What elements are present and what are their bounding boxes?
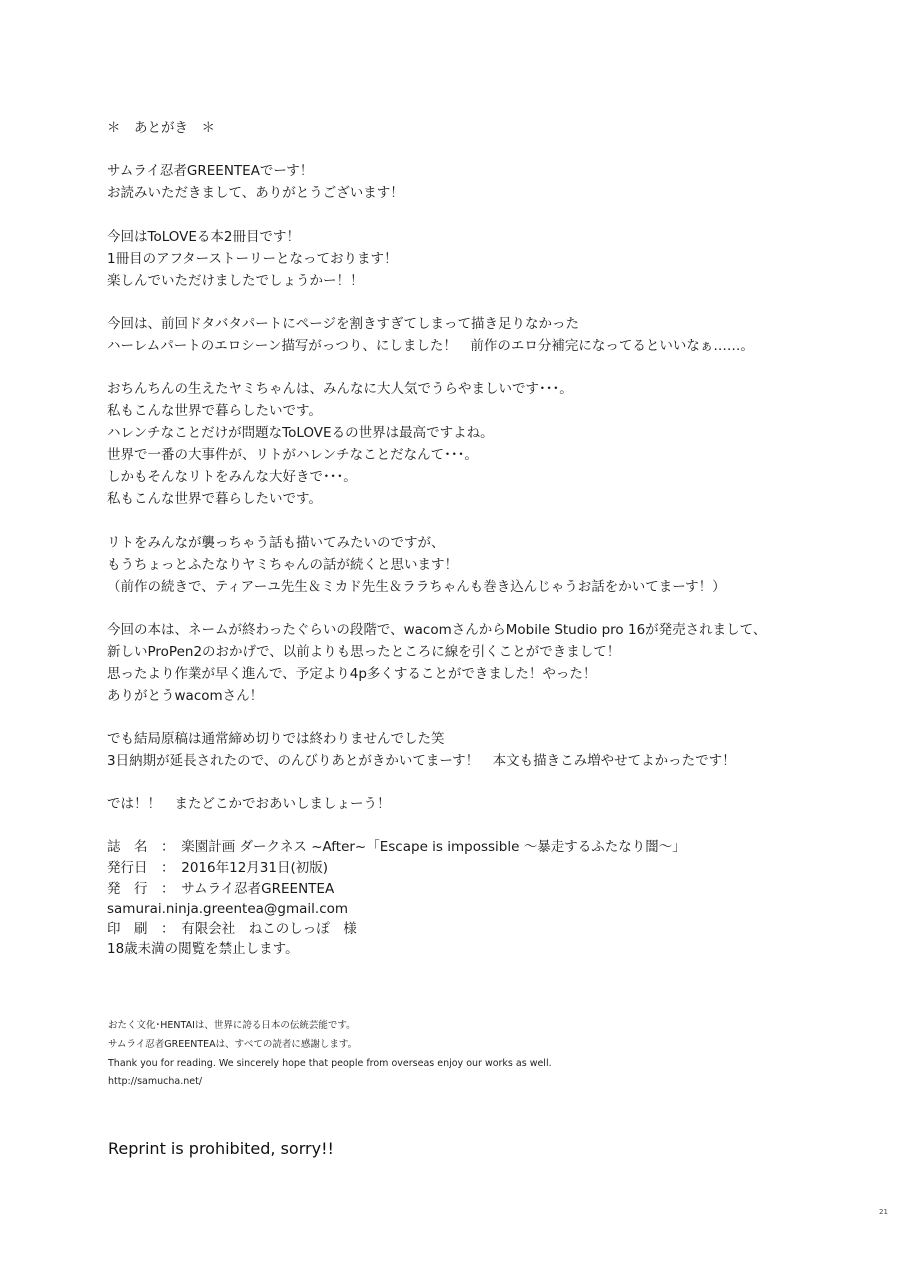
colophon-date: 発行日 ： 2016年12月31日(初版)	[107, 859, 328, 877]
text-line: 世界で一番の大事件が、リトがハレンチなことだなんて･･･。	[107, 446, 478, 464]
text-line: 1冊目のアフターストーリーとなっております！	[107, 250, 397, 268]
text-line: では！！ またどこかでおあいしましょーう！	[107, 795, 391, 813]
text-line: 今回はToLOVEる本2冊目です！	[107, 228, 300, 246]
text-line: 思ったより作業が早く進んで、予定より4p多くすることができました！やった！	[107, 665, 596, 683]
text-line: 私もこんな世界で暮らしたいです。	[107, 490, 322, 508]
text-line: でも結局原稿は通常締め切りでは終わりませんでした笑	[107, 730, 445, 748]
colophon-title: 誌 名 ： 楽園計画 ダークネス ~After~「Escape is impos…	[107, 838, 686, 856]
text-line: 楽しんでいただけましたでしょうかー！！	[107, 272, 364, 290]
text-line: 私もこんな世界で暮らしたいです。	[107, 402, 322, 420]
text-line: サムライ忍者GREENTEAでーす！	[107, 162, 313, 180]
footer-note: おたく文化･HENTAIは、世界に誇る日本の伝統芸能です。	[108, 1019, 356, 1033]
page-number: 21	[879, 1208, 888, 1216]
footer-note: Thank you for reading. We sincerely hope…	[108, 1057, 552, 1071]
reprint-notice: Reprint is prohibited, sorry!!	[108, 1139, 334, 1159]
colophon-email: samurai.ninja.greentea@gmail.com	[107, 900, 348, 918]
colophon-age-notice: 18歳未満の閲覧を禁止します。	[107, 940, 299, 958]
text-line: おちんちんの生えたヤミちゃんは、みんなに大人気でうらやましいです･･･。	[107, 380, 573, 398]
text-line: もうちょっとふたなりヤミちゃんの話が続くと思います！	[107, 556, 458, 574]
text-line: ハレンチなことだけが問題なToLOVEるの世界は最高ですよね。	[107, 424, 494, 442]
text-line: リトをみんなが襲っちゃう話も描いてみたいのですが、	[107, 534, 445, 552]
afterword-heading: ＊ あとがき ＊	[107, 119, 215, 137]
text-line: 新しいProPen2のおかげで、以前よりも思ったところに線を引くことができまして…	[107, 643, 620, 661]
text-line: 今回は、前回ドタバタパートにページを割きすぎてしまって描き足りなかった	[107, 315, 579, 333]
text-line: 3日納期が延長されたので、のんびりあとがきかいてまーす！ 本文も描きこみ増やせて…	[107, 752, 736, 770]
text-line: （前作の続きで、ティアーユ先生＆ミカド先生＆ララちゃんも巻き込んじゃうお話をかい…	[107, 578, 726, 596]
text-line: ありがとうwacomさん！	[107, 687, 263, 705]
text-line: ハーレムパートのエロシーン描写がっつり、にしました！ 前作のエロ分補完になってる…	[107, 337, 754, 355]
text-line: しかもそんなリトをみんな大好きで･･･。	[107, 468, 357, 486]
colophon-printer: 印 刷 ： 有限会社 ねこのしっぽ 様	[107, 920, 357, 938]
footer-url: http://samucha.net/	[108, 1075, 202, 1089]
text-line: お読みいただきまして、ありがとうございます！	[107, 184, 404, 202]
text-line: 今回の本は、ネームが終わったぐらいの段階で、wacomさんからMobile St…	[107, 621, 766, 639]
footer-note: サムライ忍者GREENTEAは、すべての読者に感謝します。	[108, 1038, 357, 1052]
colophon-publisher: 発 行 ： サムライ忍者GREENTEA	[107, 880, 334, 898]
